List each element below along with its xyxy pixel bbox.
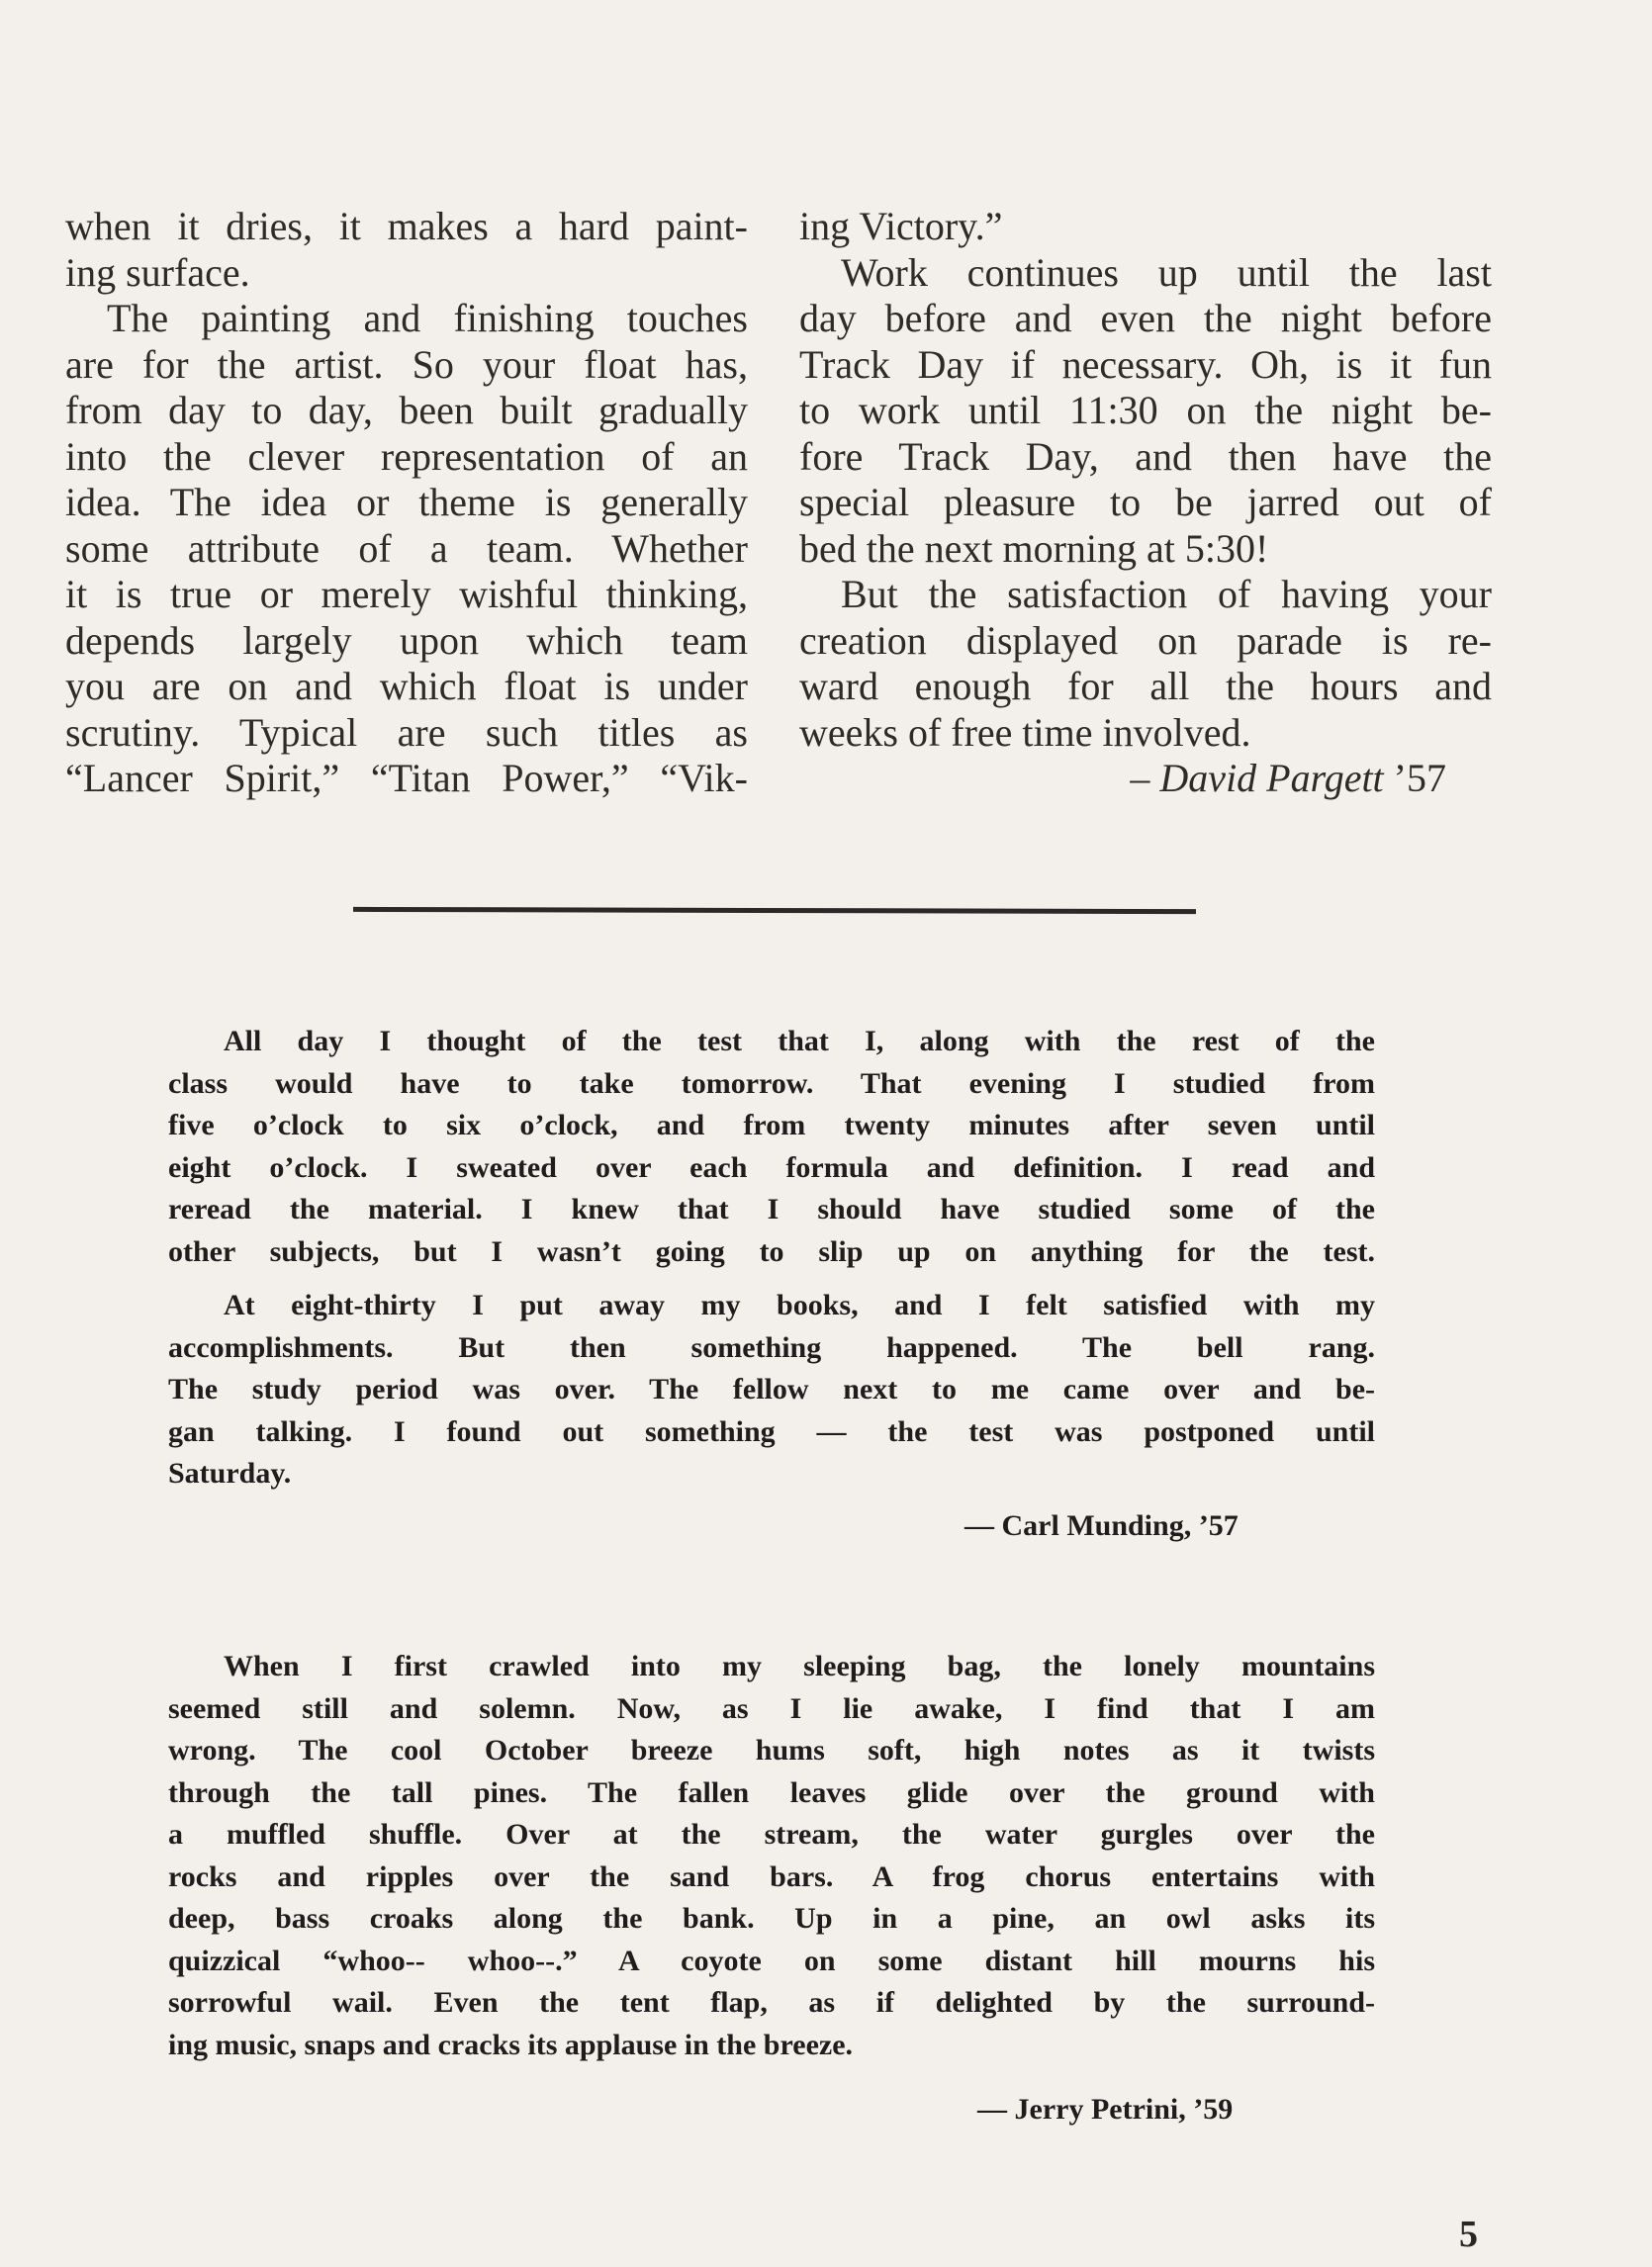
text-line: creation displayed on parade is re- [799, 618, 1492, 665]
text-line: “Lancer Spirit,” “Titan Power,” “Vik- [65, 756, 748, 802]
text-line: some attribute of a team. Whether [65, 526, 748, 573]
section-divider [353, 907, 1196, 914]
text-line: But the satisfaction of having your [799, 572, 1492, 618]
text-line: when it dries, it makes a hard paint- [65, 204, 748, 250]
signature-dash: – [1130, 756, 1149, 800]
text-line: ing Victory.” [799, 204, 1492, 250]
text-line: it is true or merely wishful thinking, [65, 572, 748, 618]
text-line: accomplishments. But then something happ… [168, 1327, 1375, 1370]
text-line: idea. The idea or theme is generally [65, 480, 748, 526]
paragraph: Work continues up until the last day bef… [799, 250, 1492, 573]
text-line: When I first crawled into my sleeping ba… [168, 1646, 1375, 1688]
text-line: wrong. The cool October breeze hums soft… [168, 1730, 1375, 1772]
paragraph: when it dries, it makes a hard paint- in… [65, 204, 748, 296]
text-line: class would have to take tomorrow. That … [168, 1063, 1375, 1106]
paragraph: ing Victory.” [799, 204, 1492, 250]
article-right-column: ing Victory.” Work continues up until th… [799, 204, 1492, 802]
author-signature: — Jerry Petrini, ’59 [977, 2093, 1233, 2127]
text-line: Track Day if necessary. Oh, is it fun [799, 342, 1492, 389]
text-line: At eight-thirty I put away my books, and… [168, 1285, 1375, 1327]
text-line: deep, bass croaks along the bank. Up in … [168, 1898, 1375, 1941]
paragraph: All day I thought of the test that I, al… [168, 1021, 1375, 1273]
text-line: quizzical “whoo-- whoo--.” A coyote on s… [168, 1941, 1375, 1983]
text-line: reread the material. I knew that I shoul… [168, 1189, 1375, 1231]
text-line: scrutiny. Typical are such titles as [65, 710, 748, 757]
text-line: seemed still and solemn. Now, as I lie a… [168, 1688, 1375, 1731]
text-line: five o’clock to six o’clock, and from tw… [168, 1105, 1375, 1147]
page-number: 5 [1459, 2213, 1478, 2256]
text-line: other subjects, but I wasn’t going to sl… [168, 1231, 1375, 1274]
text-line: special pleasure to be jarred out of [799, 480, 1492, 526]
text-line: you are on and which float is under [65, 664, 748, 710]
text-line: a muffled shuffle. Over at the stream, t… [168, 1814, 1375, 1857]
signature-name: David Pargett [1159, 756, 1383, 800]
article-left-column: when it dries, it makes a hard paint- in… [65, 204, 748, 802]
text-line: day before and even the night before [799, 296, 1492, 342]
text-line: fore Track Day, and then have the [799, 434, 1492, 481]
text-line: sorrowful wail. Even the tent flap, as i… [168, 1982, 1375, 2025]
text-line: from day to day, been built gradually [65, 388, 748, 434]
essay-camping-night: When I first crawled into my sleeping ba… [168, 1646, 1375, 2078]
text-line: ing music, snaps and cracks its applause… [168, 2025, 1375, 2067]
text-line: rocks and ripples over the sand bars. A … [168, 1857, 1375, 1899]
paragraph: But the satisfaction of having your crea… [799, 572, 1492, 756]
text-line: into the clever representation of an [65, 434, 748, 481]
text-line: All day I thought of the test that I, al… [168, 1021, 1375, 1063]
text-line: eight o’clock. I sweated over each formu… [168, 1147, 1375, 1190]
text-line: The painting and finishing touches [65, 296, 748, 342]
text-line: ward enough for all the hours and [799, 664, 1492, 710]
text-line: weeks of free time involved. [799, 710, 1492, 757]
text-line: gan talking. I found out something — the… [168, 1411, 1375, 1454]
text-line: ing surface. [65, 250, 748, 297]
essay-test-postponed: All day I thought of the test that I, al… [168, 1021, 1375, 1507]
paragraph: At eight-thirty I put away my books, and… [168, 1285, 1375, 1496]
text-line: are for the artist. So your float has, [65, 342, 748, 389]
text-line: bed the next morning at 5:30! [799, 526, 1492, 573]
text-line: to work until 11:30 on the night be- [799, 388, 1492, 434]
text-line: Saturday. [168, 1453, 1375, 1496]
text-line: The study period was over. The fellow ne… [168, 1369, 1375, 1411]
text-line: depends largely upon which team [65, 618, 748, 665]
text-line: Work continues up until the last [799, 250, 1492, 297]
text-line: through the tall pines. The fallen leave… [168, 1772, 1375, 1815]
paragraph: The painting and finishing touches are f… [65, 296, 748, 802]
author-signature: – David Pargett ’57 [799, 756, 1492, 802]
signature-year: ’57 [1394, 756, 1446, 800]
author-signature: — Carl Munding, ’57 [964, 1509, 1239, 1543]
paragraph: When I first crawled into my sleeping ba… [168, 1646, 1375, 2066]
